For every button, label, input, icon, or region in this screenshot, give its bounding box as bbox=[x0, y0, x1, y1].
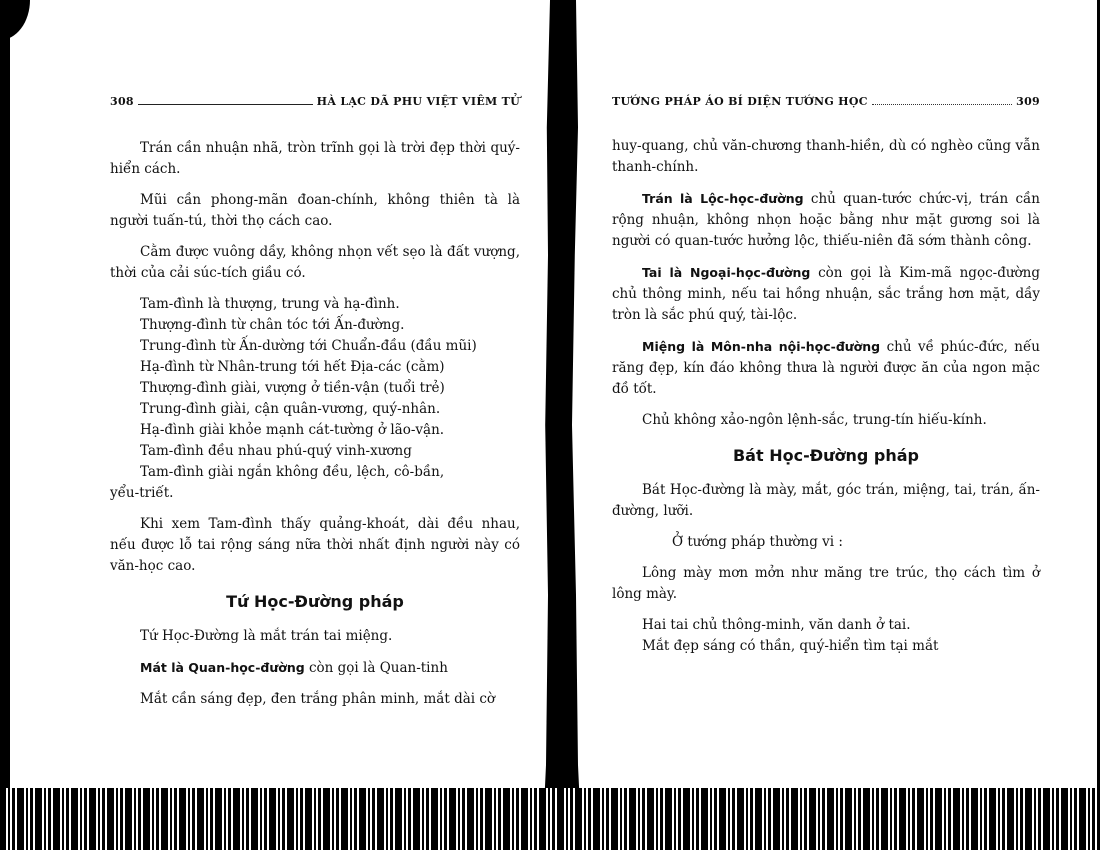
running-title: HÀ LẠC DÃ PHU VIỆT VIÊM TỬ bbox=[317, 95, 520, 108]
paragraph: Ở tướng pháp thường vi : bbox=[612, 532, 1040, 553]
term-text: còn gọi là Quan-tinh bbox=[305, 660, 448, 676]
book-gutter-shadow bbox=[542, 0, 582, 850]
section-heading: Bát Học-Đường pháp bbox=[612, 445, 1040, 466]
paragraph: Tứ Học-Đường là mắt trán tai miệng. bbox=[110, 626, 520, 647]
page-body: huy-quang, chủ văn-chương thanh-hiền, dù… bbox=[612, 136, 1040, 667]
verse-line: Hạ-đình từ Nhân-trung tới hết Địa-các (c… bbox=[110, 357, 520, 378]
running-head-right: TƯỚNG PHÁP ÁO BÍ DIỆN TƯỚNG HỌC 309 bbox=[612, 92, 1040, 108]
left-page: 308 HÀ LẠC DÃ PHU VIỆT VIÊM TỬ Trán cần … bbox=[110, 0, 520, 790]
paragraph: Cằm được vuông dầy, không nhọn vết sẹo l… bbox=[110, 242, 520, 284]
paragraph: Mắt cần sáng đẹp, đen trắng phân minh, m… bbox=[110, 689, 520, 710]
scan-corner-shadow bbox=[0, 0, 30, 40]
running-title: TƯỚNG PHÁP ÁO BÍ DIỆN TƯỚNG HỌC bbox=[612, 95, 868, 108]
paragraph: huy-quang, chủ văn-chương thanh-hiền, dù… bbox=[612, 136, 1040, 178]
term-lead: Mát là Quan-học-đường bbox=[140, 660, 305, 675]
verse-line: Hạ-đình giài khỏe mạnh cát-tường ở lão-v… bbox=[110, 420, 520, 441]
paragraph: Trán là Lộc-học-đường chủ quan-tước chức… bbox=[612, 188, 1040, 252]
paragraph: Hai tai chủ thông-minh, văn danh ở tai. bbox=[612, 615, 1040, 636]
verse-block: Tam-đình là thượng, trung và hạ-đình. Th… bbox=[110, 294, 520, 504]
paragraph: Mát là Quan-học-đường còn gọi là Quan-ti… bbox=[110, 657, 520, 679]
running-head-left: 308 HÀ LẠC DÃ PHU VIỆT VIÊM TỬ bbox=[110, 92, 520, 108]
verse-line: Thượng-đình từ chân tóc tới Ấn-đường. bbox=[110, 315, 520, 336]
paragraph: Khi xem Tam-đình thấy quảng-khoát, dài đ… bbox=[110, 514, 520, 577]
right-page: TƯỚNG PHÁP ÁO BÍ DIỆN TƯỚNG HỌC 309 huy-… bbox=[612, 0, 1040, 790]
page-number: 308 bbox=[110, 95, 134, 108]
header-rule bbox=[872, 104, 1012, 105]
verse-line: yểu-triết. bbox=[110, 483, 520, 504]
page-number: 309 bbox=[1016, 95, 1040, 108]
verse-line: Thượng-đình giài, vượng ở tiền-vận (tuổi… bbox=[110, 378, 520, 399]
paragraph: Trán cần nhuận nhã, tròn trĩnh gọi là tr… bbox=[110, 138, 520, 180]
term-lead: Trán là Lộc-học-đường bbox=[642, 191, 804, 206]
verse-line: Trung-đình giài, cận quân-vương, quý-nhâ… bbox=[110, 399, 520, 420]
verse-line: Tam-đình là thượng, trung và hạ-đình. bbox=[110, 294, 520, 315]
scan-border-left bbox=[0, 0, 10, 850]
paragraph: Chủ không xảo-ngôn lệnh-sắc, trung-tín h… bbox=[612, 410, 1040, 431]
paragraph: Mắt đẹp sáng có thần, quý-hiển tìm tại m… bbox=[612, 636, 1040, 657]
term-lead: Tai là Ngoại-học-đường bbox=[642, 265, 810, 280]
verse-line: Tam-đình giài ngắn không đều, lệch, cô-b… bbox=[110, 462, 520, 483]
verse-line: Trung-đình từ Ấn-dường tới Chuẩn-đầu (đầ… bbox=[110, 336, 520, 357]
paragraph: Tai là Ngoại-học-đường còn gọi là Kim-mã… bbox=[612, 262, 1040, 326]
paragraph: Mũi cần phong-mãn đoan-chính, không thiê… bbox=[110, 190, 520, 232]
verse-line: Tam-đình đều nhau phú-quý vinh-xương bbox=[110, 441, 520, 462]
section-heading: Tứ Học-Đường pháp bbox=[110, 591, 520, 612]
header-rule bbox=[138, 104, 313, 105]
page-body: Trán cần nhuận nhã, tròn trĩnh gọi là tr… bbox=[110, 138, 520, 720]
term-lead: Miệng là Môn-nha nội-học-đường bbox=[642, 339, 880, 354]
paragraph: Lông mày mơn mởn như măng tre trúc, thọ … bbox=[612, 563, 1040, 605]
paragraph: Bát Học-đường là mày, mắt, góc trán, miệ… bbox=[612, 480, 1040, 522]
paragraph: Miệng là Môn-nha nội-học-đường chủ về ph… bbox=[612, 336, 1040, 400]
scan-barcode-strip bbox=[0, 788, 1100, 850]
